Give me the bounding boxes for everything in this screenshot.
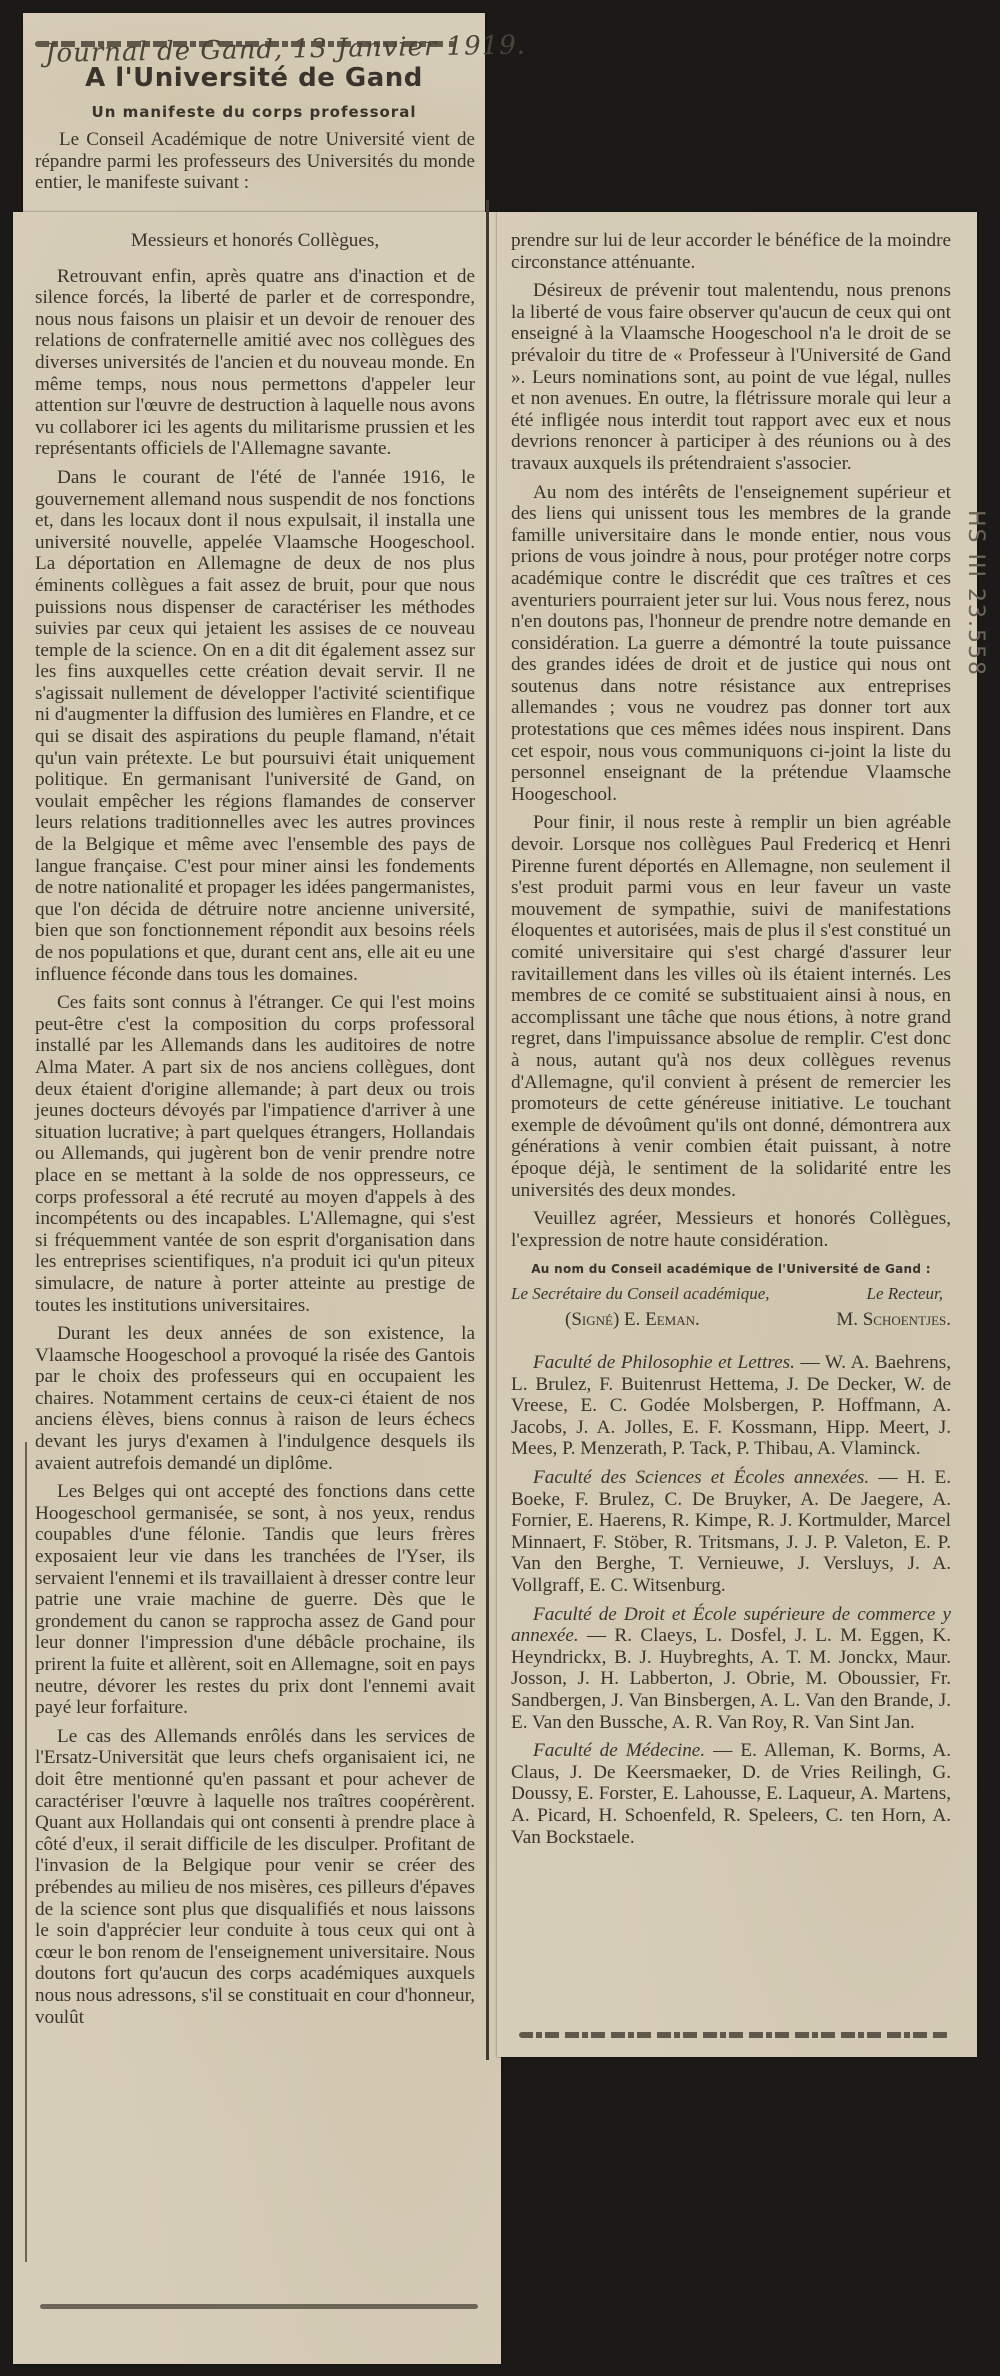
paragraph: Durant les deux années de son existence,… — [35, 1323, 475, 1474]
letter-column-left: Messieurs et honorés Collègues, Retrouva… — [35, 230, 475, 2035]
role-secretary: Le Secrétaire du Conseil académique, — [511, 1283, 770, 1305]
intro-paragraph: Le Conseil Académique de notre Universit… — [35, 129, 475, 194]
headline: A l'Université de Gand — [23, 63, 485, 93]
faculty-list-item: Faculté de Médecine. — E. Alleman, K. Bo… — [511, 1740, 951, 1848]
faculty-list-item: Faculté de Philosophie et Lettres. — W. … — [511, 1352, 951, 1460]
faculty-list-item: Faculté de Droit et École supérieure de … — [511, 1604, 951, 1734]
paragraph: Au nom des intérêts de l'enseignement su… — [511, 482, 951, 806]
signature-roles: Le Secrétaire du Conseil académique, Le … — [511, 1283, 951, 1305]
letter-right-clipping: prendre sur lui de leur accorder le béné… — [497, 212, 977, 2057]
paragraph-continued: prendre sur lui de leur accorder le béné… — [511, 230, 951, 273]
paragraph: Dans le courant de l'été de l'année 1916… — [35, 467, 475, 985]
archive-shelfmark: HS III 23.558 — [958, 510, 988, 740]
paragraph: Pour finir, il nous reste à remplir un b… — [511, 812, 951, 1201]
salutation: Messieurs et honorés Collègues, — [35, 230, 475, 252]
bottom-rule — [40, 2304, 478, 2309]
faculty-name: Faculté des Sciences et Écoles annexées. — [533, 1467, 869, 1488]
signature-names: (Signé) E. Eeman. M. Schoentjes. — [511, 1309, 951, 1331]
faculty-name: Faculté de Philosophie et Lettres. — [533, 1352, 795, 1373]
faculty-name: Faculté de Médecine. — [533, 1740, 705, 1761]
faculty-list-item: Faculté des Sciences et Écoles annexées.… — [511, 1467, 951, 1597]
letter-column-right: prendre sur lui de leur accorder le béné… — [511, 230, 951, 1855]
signature-council-line: Au nom du Conseil académique de l'Univer… — [511, 1259, 951, 1281]
role-rector: Le Recteur, — [867, 1283, 943, 1305]
paragraph: Les Belges qui ont accepté des fonctions… — [35, 1481, 475, 1719]
column-rule — [25, 1442, 27, 2262]
subheadline: Un manifeste du corps professoral — [23, 103, 485, 121]
name-secretary: (Signé) E. Eeman. — [565, 1309, 700, 1331]
paragraph: Désireux de prévenir tout malentendu, no… — [511, 280, 951, 474]
name-rector: M. Schoentjes. — [836, 1309, 951, 1331]
header-clipping: Journal de Gand, 13 Janvier 1919. A l'Un… — [23, 13, 485, 213]
paragraph: Ces faits sont connus à l'étranger. Ce q… — [35, 992, 475, 1316]
ornamental-rule — [519, 2032, 949, 2038]
paragraph: Retrouvant enfin, après quatre ans d'ina… — [35, 266, 475, 460]
letter-left-clipping: Messieurs et honorés Collègues, Retrouva… — [13, 212, 501, 2364]
closing-paragraph: Veuillez agréer, Messieurs et honorés Co… — [511, 1208, 951, 1251]
paragraph: Le cas des Allemands enrôlés dans les se… — [35, 1726, 475, 2028]
column-divider — [486, 200, 489, 2060]
